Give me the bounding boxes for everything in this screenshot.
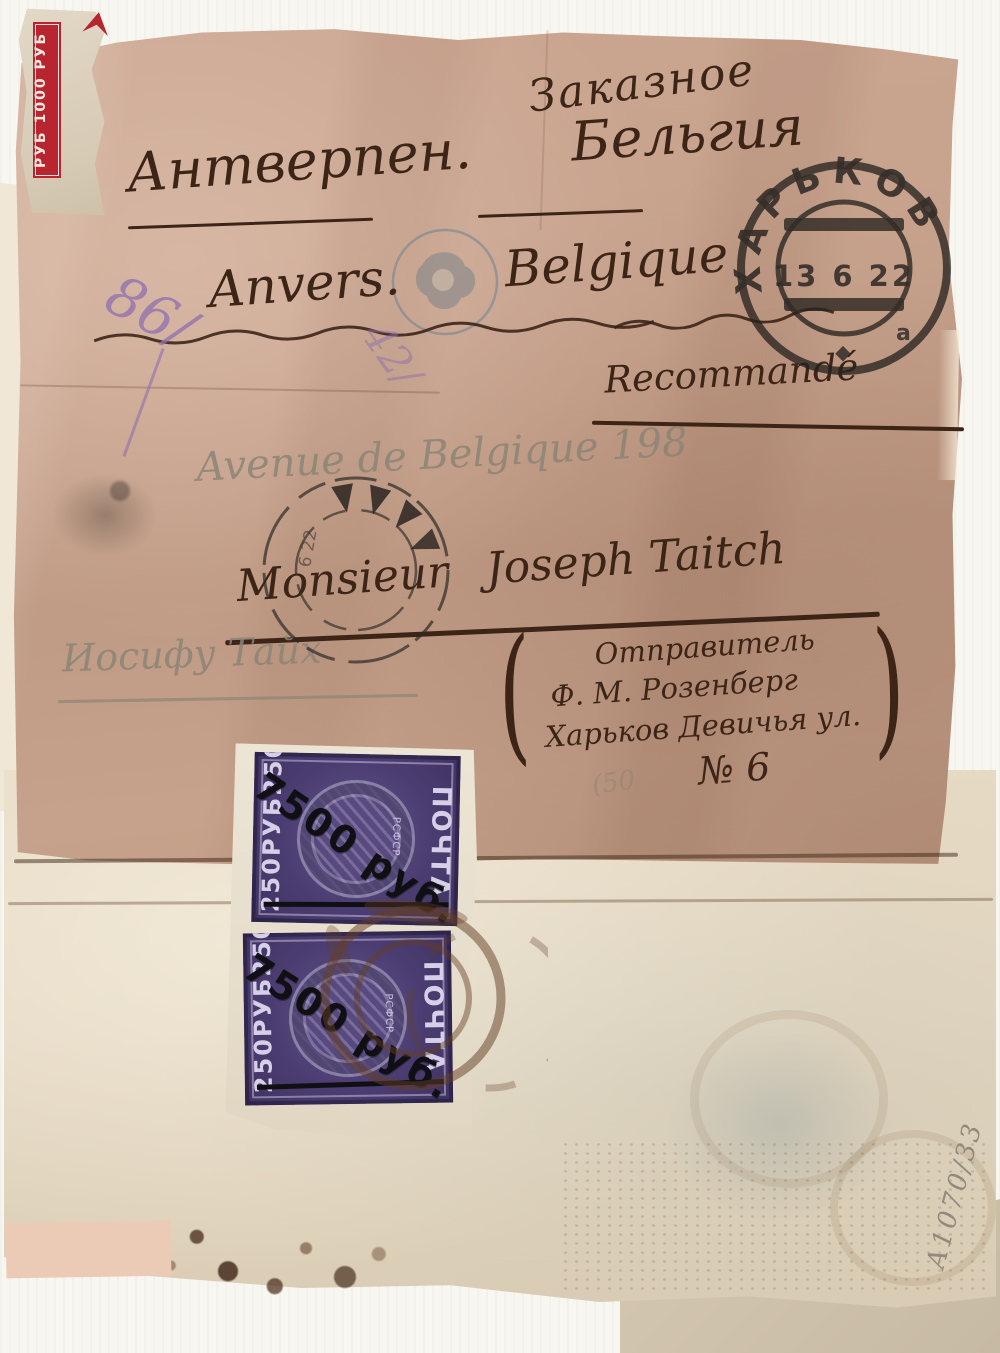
postmark-index-letter: а: [896, 321, 911, 346]
scanned-cover: A1070/33 РУБ 1000 РУБ Заказное Антверпен…: [0, 0, 1000, 1353]
tape-patch: [6, 1221, 172, 1279]
arrival-date: 6 22: [295, 528, 321, 569]
revenue-stamp-strip: РУБ 1000 РУБ: [33, 22, 61, 178]
postmark-diamond: [835, 346, 851, 362]
date-bar-bottom: [784, 298, 904, 311]
arrival-postmark: 6 22: [258, 472, 454, 668]
smudge-stain: [30, 455, 180, 575]
sender-lines: Отправитель Ф. М. Розенберг Харьков Деви…: [538, 617, 865, 809]
inner-ring: [296, 510, 416, 630]
sender-block: ( Отправитель Ф. М. Розенберг Харьков Де…: [484, 616, 919, 801]
wedge: [387, 499, 422, 535]
paren-close: ): [871, 616, 905, 757]
pencil-faint-50: (50: [590, 765, 637, 801]
ink-spot-cluster: [150, 1185, 410, 1300]
brown-cancel-mark: [298, 890, 548, 1120]
date-bar-top: [784, 218, 904, 231]
postmark-date: 13 6 22: [773, 259, 915, 293]
revenue-stamp-text: РУБ 1000 РУБ: [33, 22, 61, 178]
cancel-arc: [410, 928, 548, 1088]
outer-ring: [264, 478, 448, 662]
kharkov-postmark: ХАРЬКОВ 13 6 22 а: [728, 152, 960, 384]
torn-paper-patch: [18, 7, 108, 216]
paren-open: (: [497, 623, 531, 764]
